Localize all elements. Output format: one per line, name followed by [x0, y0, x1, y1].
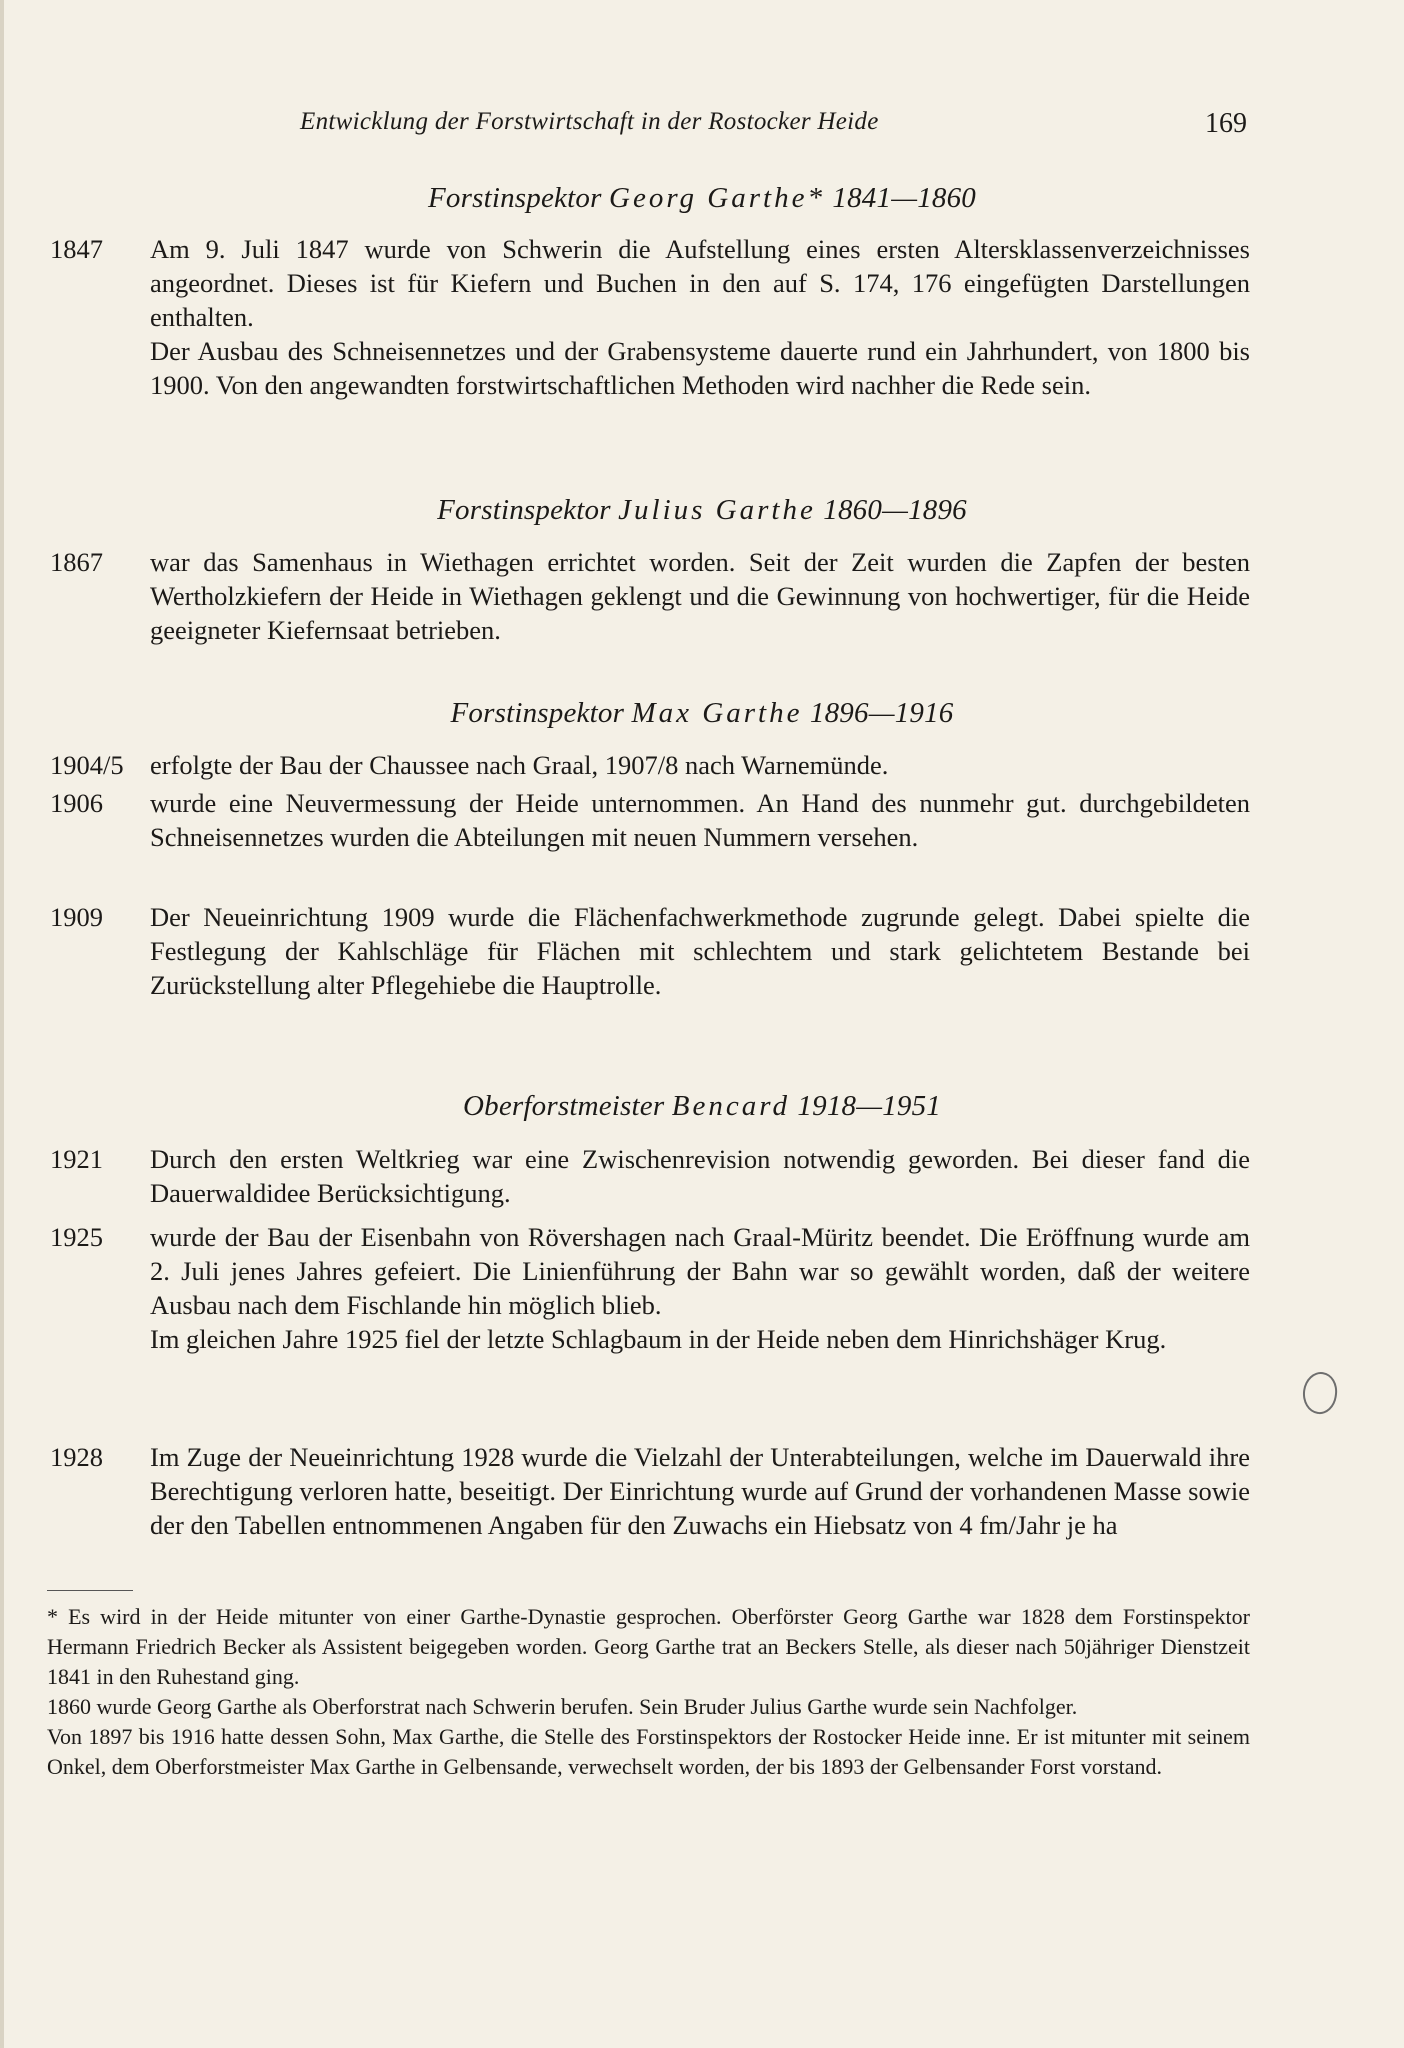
entry-paragraph: war das Samenhaus in Wiethagen errichtet…	[150, 545, 1250, 647]
footnote-paragraph: 1860 wurde Georg Garthe als Oberforstrat…	[47, 1692, 1250, 1722]
entry-paragraph: erfolgte der Bau der Chaussee nach Graal…	[150, 748, 1250, 782]
entry-1847: 1847 Am 9. Juli 1847 wurde von Schwerin …	[50, 232, 1250, 402]
entry-text: erfolgte der Bau der Chaussee nach Graal…	[150, 748, 1250, 782]
entry-text: Der Neueinrichtung 1909 wurde die Fläche…	[150, 900, 1250, 1002]
entry-year: 1906	[50, 786, 150, 820]
section-heading-bencard: Oberforstmeister Bencard 1918—1951	[0, 1090, 1404, 1123]
heading-title: Forstinspektor	[437, 494, 618, 526]
page-number: 169	[1205, 108, 1247, 140]
heading-dates: 1896—1916	[802, 697, 953, 729]
heading-dates: 1841—1860	[825, 182, 976, 214]
heading-title: Forstinspektor	[450, 697, 631, 729]
entry-1904-5: 1904/5 erfolgte der Bau der Chaussee nac…	[50, 748, 1250, 782]
entry-text: wurde der Bau der Eisenbahn von Röversha…	[150, 1220, 1250, 1356]
entry-1921: 1921 Durch den ersten Weltkrieg war eine…	[50, 1142, 1250, 1210]
footnote-paragraph: * Es wird in der Heide mitunter von eine…	[47, 1602, 1250, 1692]
entry-1906: 1906 wurde eine Neuvermessung der Heide …	[50, 786, 1250, 854]
heading-name: Bencard	[672, 1090, 790, 1122]
entry-paragraph: Der Neueinrichtung 1909 wurde die Fläche…	[150, 900, 1250, 1002]
entry-paragraph: Im gleichen Jahre 1925 fiel der letzte S…	[150, 1322, 1250, 1356]
entry-paragraph: Im Zuge der Neueinrichtung 1928 wurde di…	[150, 1440, 1250, 1542]
heading-name: Georg Garthe*	[609, 182, 825, 214]
section-heading-julius-garthe: Forstinspektor Julius Garthe 1860—1896	[0, 494, 1404, 527]
entry-year: 1925	[50, 1220, 150, 1254]
entry-year: 1928	[50, 1440, 150, 1474]
entry-year: 1847	[50, 232, 150, 266]
footnote-rule	[47, 1590, 133, 1591]
entry-paragraph: wurde eine Neuvermessung der Heide unter…	[150, 786, 1250, 854]
entry-text: wurde eine Neuvermessung der Heide unter…	[150, 786, 1250, 854]
entry-paragraph: Am 9. Juli 1847 wurde von Schwerin die A…	[150, 232, 1250, 334]
entry-paragraph: Der Ausbau des Schneisennetzes und der G…	[150, 334, 1250, 402]
entry-paragraph: Durch den ersten Weltkrieg war eine Zwis…	[150, 1142, 1250, 1210]
entry-text: war das Samenhaus in Wiethagen errichtet…	[150, 545, 1250, 647]
entry-year: 1909	[50, 900, 150, 934]
entry-year: 1867	[50, 545, 150, 579]
entry-1867: 1867 war das Samenhaus in Wiethagen erri…	[50, 545, 1250, 647]
section-heading-georg-garthe: Forstinspektor Georg Garthe* 1841—1860	[0, 182, 1404, 215]
entry-1909: 1909 Der Neueinrichtung 1909 wurde die F…	[50, 900, 1250, 1002]
pencil-circle-mark	[1300, 1370, 1340, 1416]
entry-text: Durch den ersten Weltkrieg war eine Zwis…	[150, 1142, 1250, 1210]
running-head: Entwicklung der Forstwirtschaft in der R…	[300, 108, 1020, 136]
page-edge	[0, 0, 4, 2048]
heading-name: Max Garthe	[632, 697, 803, 729]
entry-text: Im Zuge der Neueinrichtung 1928 wurde di…	[150, 1440, 1250, 1542]
entry-1928: 1928 Im Zuge der Neueinrichtung 1928 wur…	[50, 1440, 1250, 1542]
entry-text: Am 9. Juli 1847 wurde von Schwerin die A…	[150, 232, 1250, 402]
heading-title: Forstinspektor	[428, 182, 609, 214]
heading-dates: 1918—1951	[790, 1090, 941, 1122]
footnotes: * Es wird in der Heide mitunter von eine…	[47, 1602, 1250, 1782]
entry-1925: 1925 wurde der Bau der Eisenbahn von Röv…	[50, 1220, 1250, 1356]
heading-title: Oberforstmeister	[463, 1090, 672, 1122]
entry-year: 1904/5	[50, 748, 150, 782]
entry-paragraph: wurde der Bau der Eisenbahn von Röversha…	[150, 1220, 1250, 1322]
heading-name: Julius Garthe	[618, 494, 816, 526]
heading-dates: 1860—1896	[816, 494, 967, 526]
footnote-paragraph: Von 1897 bis 1916 hatte dessen Sohn, Max…	[47, 1722, 1250, 1782]
entry-year: 1921	[50, 1142, 150, 1176]
section-heading-max-garthe: Forstinspektor Max Garthe 1896—1916	[0, 697, 1404, 730]
